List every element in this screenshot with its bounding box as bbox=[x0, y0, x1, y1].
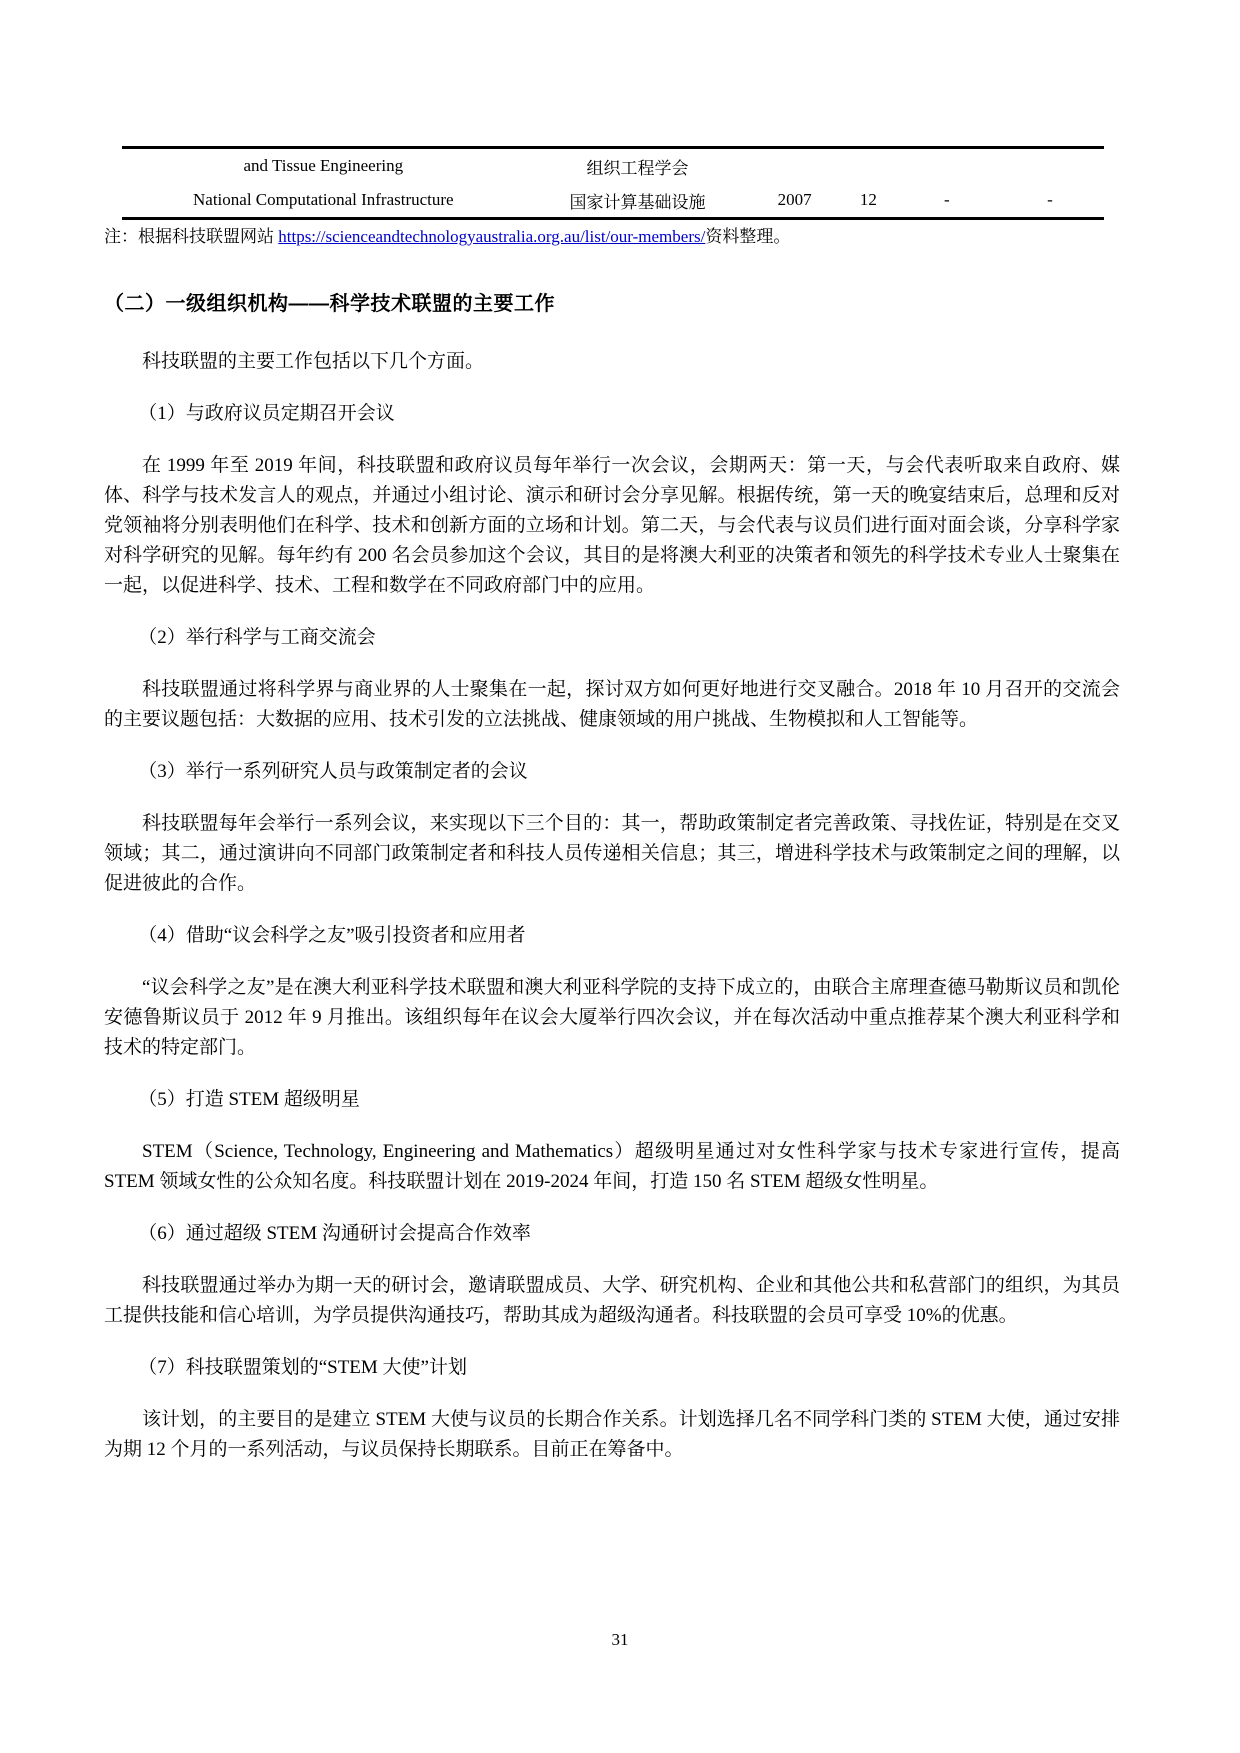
member-name-zh: 国家计算基础设施 bbox=[525, 183, 751, 219]
member-dash-1 bbox=[898, 148, 996, 184]
item-body-4: “议会科学之友”是在澳大利亚科学技术联盟和澳大利亚科学院的支持下成立的，由联合主… bbox=[104, 973, 1120, 1063]
item-body-6: 科技联盟通过举办为期一天的研讨会，邀请联盟成员、大学、研究机构、企业和其他公共和… bbox=[104, 1271, 1120, 1331]
item-title-6: （6）通过超级 STEM 沟通研讨会提高合作效率 bbox=[104, 1219, 1120, 1249]
page-content: and Tissue Engineering 组织工程学会 National C… bbox=[104, 146, 1120, 1487]
member-year: 2007 bbox=[750, 183, 838, 219]
member-year bbox=[750, 148, 838, 184]
page-number: 31 bbox=[0, 1630, 1240, 1650]
item-body-1: 在 1999 年至 2019 年间，科技联盟和政府议员每年举行一次会议，会期两天… bbox=[104, 451, 1120, 601]
table-source-note: 注：根据科技联盟网站 https://scienceandtechnologya… bbox=[104, 225, 1120, 249]
member-count bbox=[839, 148, 898, 184]
document-page: and Tissue Engineering 组织工程学会 National C… bbox=[0, 0, 1240, 1753]
item-title-1: （1）与政府议员定期召开会议 bbox=[104, 399, 1120, 429]
item-body-5: STEM（Science, Technology, Engineering an… bbox=[104, 1137, 1120, 1197]
item-title-5: （5）打造 STEM 超级明星 bbox=[104, 1085, 1120, 1115]
item-title-7: （7）科技联盟策划的“STEM 大使”计划 bbox=[104, 1353, 1120, 1383]
item-title-2: （2）举行科学与工商交流会 bbox=[104, 623, 1120, 653]
member-name-en: and Tissue Engineering bbox=[122, 148, 525, 184]
item-title-4: （4）借助“议会科学之友”吸引投资者和应用者 bbox=[104, 921, 1120, 951]
members-table-fragment: and Tissue Engineering 组织工程学会 National C… bbox=[122, 146, 1104, 220]
section-heading: （二）一级组织机构——科学技术联盟的主要工作 bbox=[104, 291, 1120, 317]
source-url-link[interactable]: https://scienceandtechnologyaustralia.or… bbox=[278, 227, 705, 246]
item-body-3: 科技联盟每年会举行一系列会议，来实现以下三个目的：其一，帮助政策制定者完善政策、… bbox=[104, 809, 1120, 899]
item-body-2: 科技联盟通过将科学界与商业界的人士聚集在一起，探讨双方如何更好地进行交叉融合。2… bbox=[104, 675, 1120, 735]
member-dash-2: - bbox=[996, 183, 1104, 219]
note-suffix: 资料整理。 bbox=[705, 227, 790, 246]
member-dash-1: - bbox=[898, 183, 996, 219]
note-prefix: 注：根据科技联盟网站 bbox=[104, 227, 278, 246]
intro-paragraph: 科技联盟的主要工作包括以下几个方面。 bbox=[104, 347, 1120, 377]
table-row: National Computational Infrastructure 国家… bbox=[122, 183, 1104, 219]
item-title-3: （3）举行一系列研究人员与政策制定者的会议 bbox=[104, 757, 1120, 787]
item-body-7: 该计划，的主要目的是建立 STEM 大使与议员的长期合作关系。计划选择几名不同学… bbox=[104, 1405, 1120, 1465]
member-name-en: National Computational Infrastructure bbox=[122, 183, 525, 219]
table-row: and Tissue Engineering 组织工程学会 bbox=[122, 148, 1104, 184]
member-name-zh: 组织工程学会 bbox=[525, 148, 751, 184]
member-count: 12 bbox=[839, 183, 898, 219]
member-dash-2 bbox=[996, 148, 1104, 184]
